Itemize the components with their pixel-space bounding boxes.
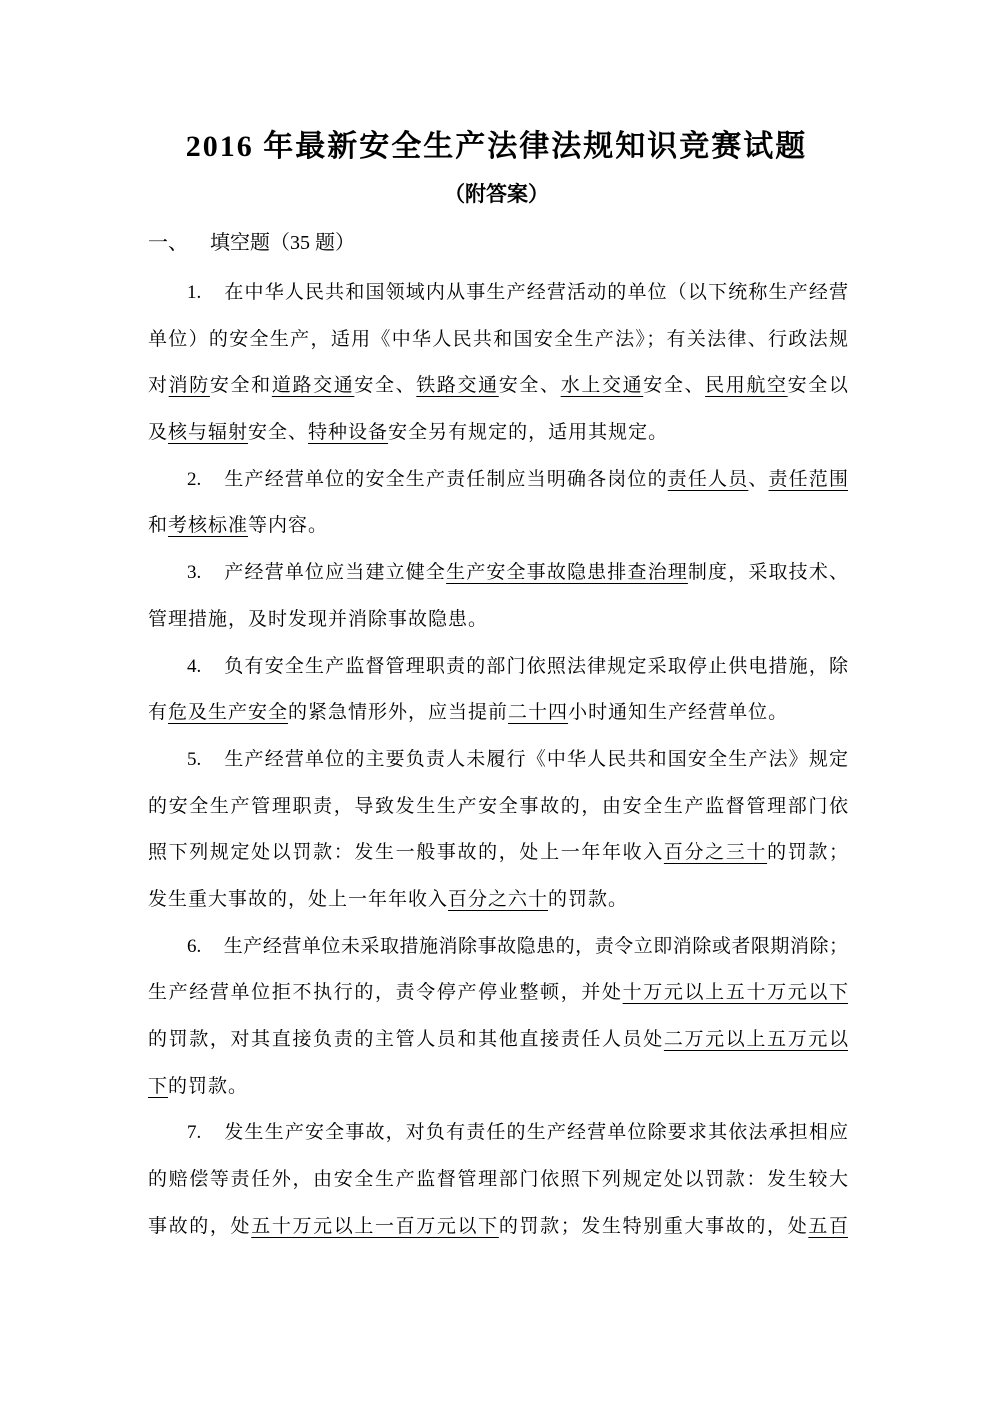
answer-blank-underlined: 消防 (169, 375, 210, 396)
text-segment: 安全、 (643, 375, 705, 396)
text-line: 7.发生生产安全事故，对负有责任的生产经营单位除要求其依法承担相应 (148, 1110, 848, 1157)
text-segment: 的紧急情形外，应当提前 (288, 702, 508, 723)
answer-blank-underlined: 二万元以上五万元以 (664, 1029, 848, 1050)
document-subtitle: （附答案） (0, 179, 993, 209)
item-number: 3. (187, 562, 201, 583)
answer-blank-underlined: 水上交通 (561, 375, 644, 396)
text-line: 1.在中华人民共和国领域内从事生产经营活动的单位（以下统称生产经营 (148, 270, 848, 317)
answer-blank-underlined: 特种设备 (308, 422, 388, 443)
document-title: 2016 年最新安全生产法律法规知识竞赛试题 (0, 126, 993, 168)
text-line: 照下列规定处以罚款：发生一般事故的，处上一年年收入百分之三十的罚款； (148, 830, 848, 877)
text-line: 的罚款，对其直接负责的主管人员和其他直接责任人员处二万元以上五万元以 (148, 1017, 848, 1064)
item-number: 5. (187, 749, 201, 770)
answer-blank-underlined: 下 (148, 1076, 168, 1097)
answer-blank-underlined: 责任人员 (668, 469, 749, 490)
answer-blank-underlined: 责任范围 (769, 469, 848, 490)
text-segment: 的安全生产管理职责，导致发生生产安全事故的，由安全生产监督管理部门依 (148, 796, 848, 817)
text-segment: 事故的，处 (148, 1216, 251, 1237)
text-line: 4.负有安全生产监督管理职责的部门依照法律规定采取停止供电措施，除 (148, 644, 848, 691)
text-line: 事故的，处五十万元以上一百万元以下的罚款；发生特别重大事故的，处五百 (148, 1204, 848, 1251)
text-line: 单位）的安全生产，适用《中华人民共和国安全生产法》；有关法律、行政法规 (148, 317, 848, 364)
text-segment: 的赔偿等责任外，由安全生产监督管理部门依照下列规定处以罚款：发生较大 (148, 1169, 848, 1190)
text-segment: 的罚款；发生特别重大事故的，处 (499, 1216, 809, 1237)
answer-blank-underlined: 百分之三十 (664, 842, 767, 863)
text-segment: 安全和 (210, 375, 272, 396)
item-number: 7. (187, 1122, 201, 1143)
text-segment: 生产经营单位拒不执行的，责令停产停业整顿，并处 (148, 982, 623, 1003)
text-segment: 生产经营单位的主要负责人未履行《中华人民共和国安全生产法》规定 (223, 749, 848, 770)
item-number: 6. (187, 936, 201, 957)
text-line: 的安全生产管理职责，导致发生生产安全事故的，由安全生产监督管理部门依 (148, 784, 848, 831)
text-segment: 的罚款，对其直接负责的主管人员和其他直接责任人员处 (148, 1029, 664, 1050)
text-segment: 生产经营单位未采取措施消除事故隐患的，责令立即消除或者限期消除； (223, 936, 848, 957)
text-segment: 制度，采取技术、 (688, 562, 848, 583)
answer-blank-underlined: 道路交通 (272, 375, 355, 396)
text-segment: 生产经营单位的安全生产责任制应当明确各岗位的 (223, 469, 667, 490)
text-line: 管理措施，及时发现并消除事故隐患。 (148, 597, 848, 644)
text-segment: 发生重大事故的，处上一年年收入 (148, 889, 448, 910)
text-line: 发生重大事故的，处上一年年收入百分之六十的罚款。 (148, 877, 848, 924)
item-number: 2. (187, 469, 201, 490)
item-number: 1. (187, 282, 201, 303)
text-segment: 安全、 (354, 375, 416, 396)
text-line: 有危及生产安全的紧急情形外，应当提前二十四小时通知生产经营单位。 (148, 690, 848, 737)
text-segment: 及 (148, 422, 168, 443)
body-lines: 1.在中华人民共和国领域内从事生产经营活动的单位（以下统称生产经营单位）的安全生… (148, 270, 848, 1250)
section-heading: 一、填空题（35 题） (148, 228, 355, 258)
answer-blank-underlined: 十万元以上五十万元以下 (623, 982, 848, 1003)
text-segment: 的罚款； (767, 842, 848, 863)
answer-blank-underlined: 五百 (808, 1216, 848, 1237)
answer-blank-underlined: 民用航空 (705, 375, 788, 396)
text-line: 6.生产经营单位未采取措施消除事故隐患的，责令立即消除或者限期消除； (148, 924, 848, 971)
text-segment: 安全另有规定的，适用其规定。 (388, 422, 668, 443)
text-line: 3.产经营单位应当建立健全生产安全事故隐患排查治理制度，采取技术、 (148, 550, 848, 597)
item-number: 4. (187, 656, 201, 677)
answer-blank-underlined: 百分之六十 (448, 889, 548, 910)
text-segment: 发生生产安全事故，对负有责任的生产经营单位除要求其依法承担相应 (223, 1122, 848, 1143)
answer-blank-underlined: 核与辐射 (168, 422, 248, 443)
text-segment: 的罚款。 (168, 1076, 248, 1097)
answer-blank-underlined: 危及生产安全 (168, 702, 288, 723)
text-segment: 安全、 (499, 375, 561, 396)
text-segment: 安全、 (248, 422, 308, 443)
section-label: 填空题（35 题） (210, 232, 355, 254)
answer-blank-underlined: 铁路交通 (416, 375, 499, 396)
text-segment: 产经营单位应当建立健全 (223, 562, 446, 583)
answer-blank-underlined: 二十四 (508, 702, 568, 723)
text-line: 生产经营单位拒不执行的，责令停产停业整顿，并处十万元以上五十万元以下 (148, 970, 848, 1017)
text-segment: 单位）的安全生产，适用《中华人民共和国安全生产法》；有关法律、行政法规 (148, 329, 848, 350)
text-line: 下的罚款。 (148, 1064, 848, 1111)
text-line: 对消防安全和道路交通安全、铁路交通安全、水上交通安全、民用航空安全以 (148, 363, 848, 410)
text-line: 和考核标准等内容。 (148, 503, 848, 550)
text-line: 及核与辐射安全、特种设备安全另有规定的，适用其规定。 (148, 410, 848, 457)
section-numeral: 一、 (148, 232, 188, 254)
text-segment: 有 (148, 702, 168, 723)
text-segment: 的罚款。 (548, 889, 628, 910)
answer-blank-underlined: 生产安全事故隐患排查治理 (446, 562, 688, 583)
text-segment: 负有安全生产监督管理职责的部门依照法律规定采取停止供电措施，除 (223, 656, 848, 677)
text-segment: 管理措施，及时发现并消除事故隐患。 (148, 609, 488, 630)
text-segment: 、 (748, 469, 768, 490)
text-segment: 等内容。 (248, 515, 328, 536)
text-segment: 和 (148, 515, 168, 536)
answer-blank-underlined: 五十万元以上一百万元以下 (251, 1216, 499, 1237)
document-page: 2016 年最新安全生产法律法规知识竞赛试题 （附答案） 一、填空题（35 题）… (0, 0, 993, 1404)
text-segment: 在中华人民共和国领域内从事生产经营活动的单位（以下统称生产经营 (223, 282, 848, 303)
text-segment: 照下列规定处以罚款：发生一般事故的，处上一年年收入 (148, 842, 664, 863)
text-line: 5.生产经营单位的主要负责人未履行《中华人民共和国安全生产法》规定 (148, 737, 848, 784)
answer-blank-underlined: 考核标准 (168, 515, 248, 536)
text-segment: 小时通知生产经营单位。 (568, 702, 788, 723)
text-line: 的赔偿等责任外，由安全生产监督管理部门依照下列规定处以罚款：发生较大 (148, 1157, 848, 1204)
text-segment: 安全以 (788, 375, 848, 396)
text-segment: 对 (148, 375, 169, 396)
text-line: 2.生产经营单位的安全生产责任制应当明确各岗位的责任人员、责任范围 (148, 457, 848, 504)
